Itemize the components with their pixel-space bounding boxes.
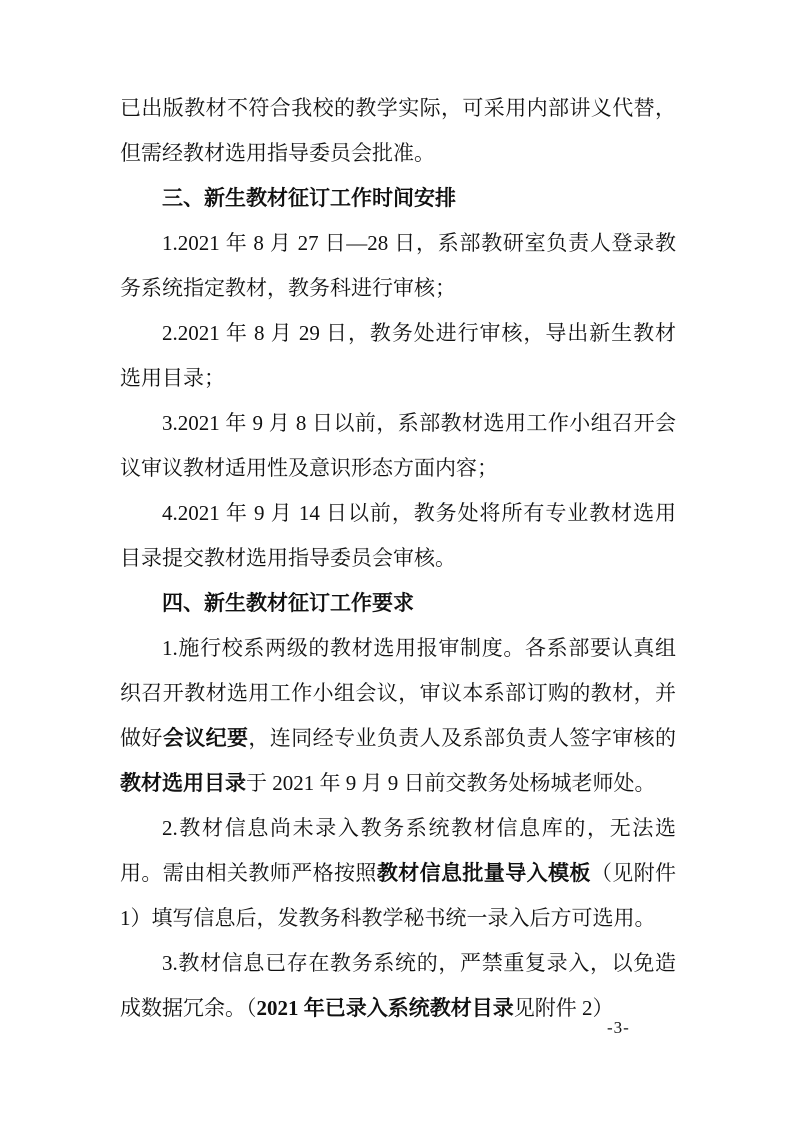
text-run: 见附件 2） <box>514 996 614 1020</box>
text-run-bold: 教材信息批量导入模板 <box>377 861 591 885</box>
text-run-bold: 会议纪要 <box>163 726 249 750</box>
requirement-item-1: 1.施行校系两级的教材选用报审制度。各系部要认真组织召开教材选用工作小组会议，审… <box>120 626 676 806</box>
text-run-bold: 2021 年已录入系统教材目录 <box>257 996 514 1020</box>
text-run-bold: 教材选用目录 <box>120 771 246 795</box>
text-run: 已出版教材不符合我校的教学实际，可采用内部讲义代替，但需经教材选用指导委员会批准… <box>120 96 676 165</box>
section-heading-3: 三、新生教材征订工作时间安排 <box>120 176 676 221</box>
document-page: 已出版教材不符合我校的教学实际，可采用内部讲义代替，但需经教材选用指导委员会批准… <box>0 0 793 1122</box>
list-item-4: 4.2021 年 9 月 14 日以前，教务处将所有专业教材选用目录提交教材选用… <box>120 491 676 581</box>
section-heading-4: 四、新生教材征订工作要求 <box>120 581 676 626</box>
text-run: 于 2021 年 9 月 9 日前交教务处杨城老师处。 <box>246 771 656 795</box>
heading-text: 四、新生教材征订工作要求 <box>162 591 414 615</box>
list-item-2: 2.2021 年 8 月 29 日，教务处进行审核，导出新生教材选用目录； <box>120 311 676 401</box>
requirement-item-3: 3.教材信息已存在教务系统的，严禁重复录入，以免造成数据冗余。（2021 年已录… <box>120 941 676 1031</box>
list-item-1: 1.2021 年 8 月 27 日—28 日，系部教研室负责人登录教务系统指定教… <box>120 221 676 311</box>
page-number: -3- <box>607 1018 630 1038</box>
text-run: 2.2021 年 8 月 29 日，教务处进行审核，导出新生教材选用目录； <box>120 321 676 390</box>
requirement-item-2: 2.教材信息尚未录入教务系统教材信息库的，无法选用。需由相关教师严格按照教材信息… <box>120 806 676 941</box>
list-item-3: 3.2021 年 9 月 8 日以前，系部教材选用工作小组召开会议审议教材适用性… <box>120 401 676 491</box>
text-run: ，连同经专业负责人及系部负责人签字审核的 <box>248 726 676 750</box>
heading-text: 三、新生教材征订工作时间安排 <box>162 186 456 210</box>
text-run: 4.2021 年 9 月 14 日以前，教务处将所有专业教材选用目录提交教材选用… <box>120 501 676 570</box>
paragraph-continuation: 已出版教材不符合我校的教学实际，可采用内部讲义代替，但需经教材选用指导委员会批准… <box>120 86 676 176</box>
text-run: 1.2021 年 8 月 27 日—28 日，系部教研室负责人登录教务系统指定教… <box>120 231 676 300</box>
text-run: 3.2021 年 9 月 8 日以前，系部教材选用工作小组召开会议审议教材适用性… <box>120 411 676 480</box>
document-content: 已出版教材不符合我校的教学实际，可采用内部讲义代替，但需经教材选用指导委员会批准… <box>120 86 676 1031</box>
